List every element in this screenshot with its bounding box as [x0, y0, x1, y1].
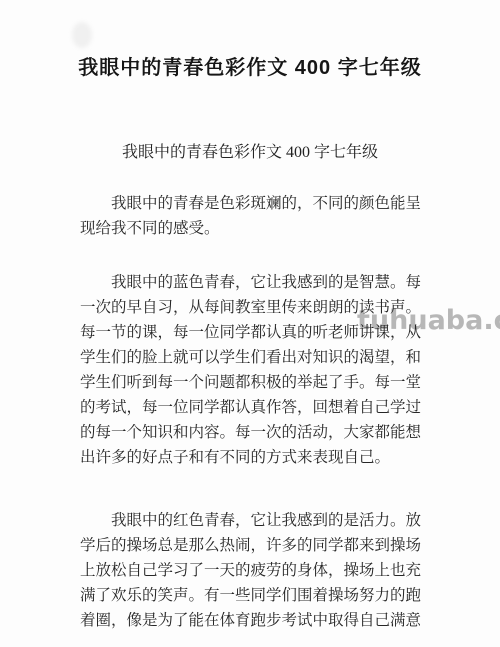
document-subtitle: 我眼中的青春色彩作文 400 字七年级 — [0, 140, 500, 165]
paragraph-blue-youth: 我眼中的蓝色青春，它让我感到的是智慧。每 一次的早自习，从每间教室里传来朗朗的读… — [80, 270, 432, 470]
document-page: tuhuaba.com 我眼中的青春色彩作文 400 字七年级 我眼中的青春色彩… — [0, 0, 500, 647]
paragraph-intro: 我眼中的青春是色彩斑斓的，不同的颜色能呈 现给我不同的感受。 — [80, 191, 432, 241]
scan-artifact — [72, 22, 92, 48]
paragraph-red-youth: 我眼中的红色青春，它让我感到的是活力。放 学后的操场总是那么热闹，许多的同学都来… — [80, 508, 432, 633]
document-title: 我眼中的青春色彩作文 400 字七年级 — [0, 53, 500, 83]
